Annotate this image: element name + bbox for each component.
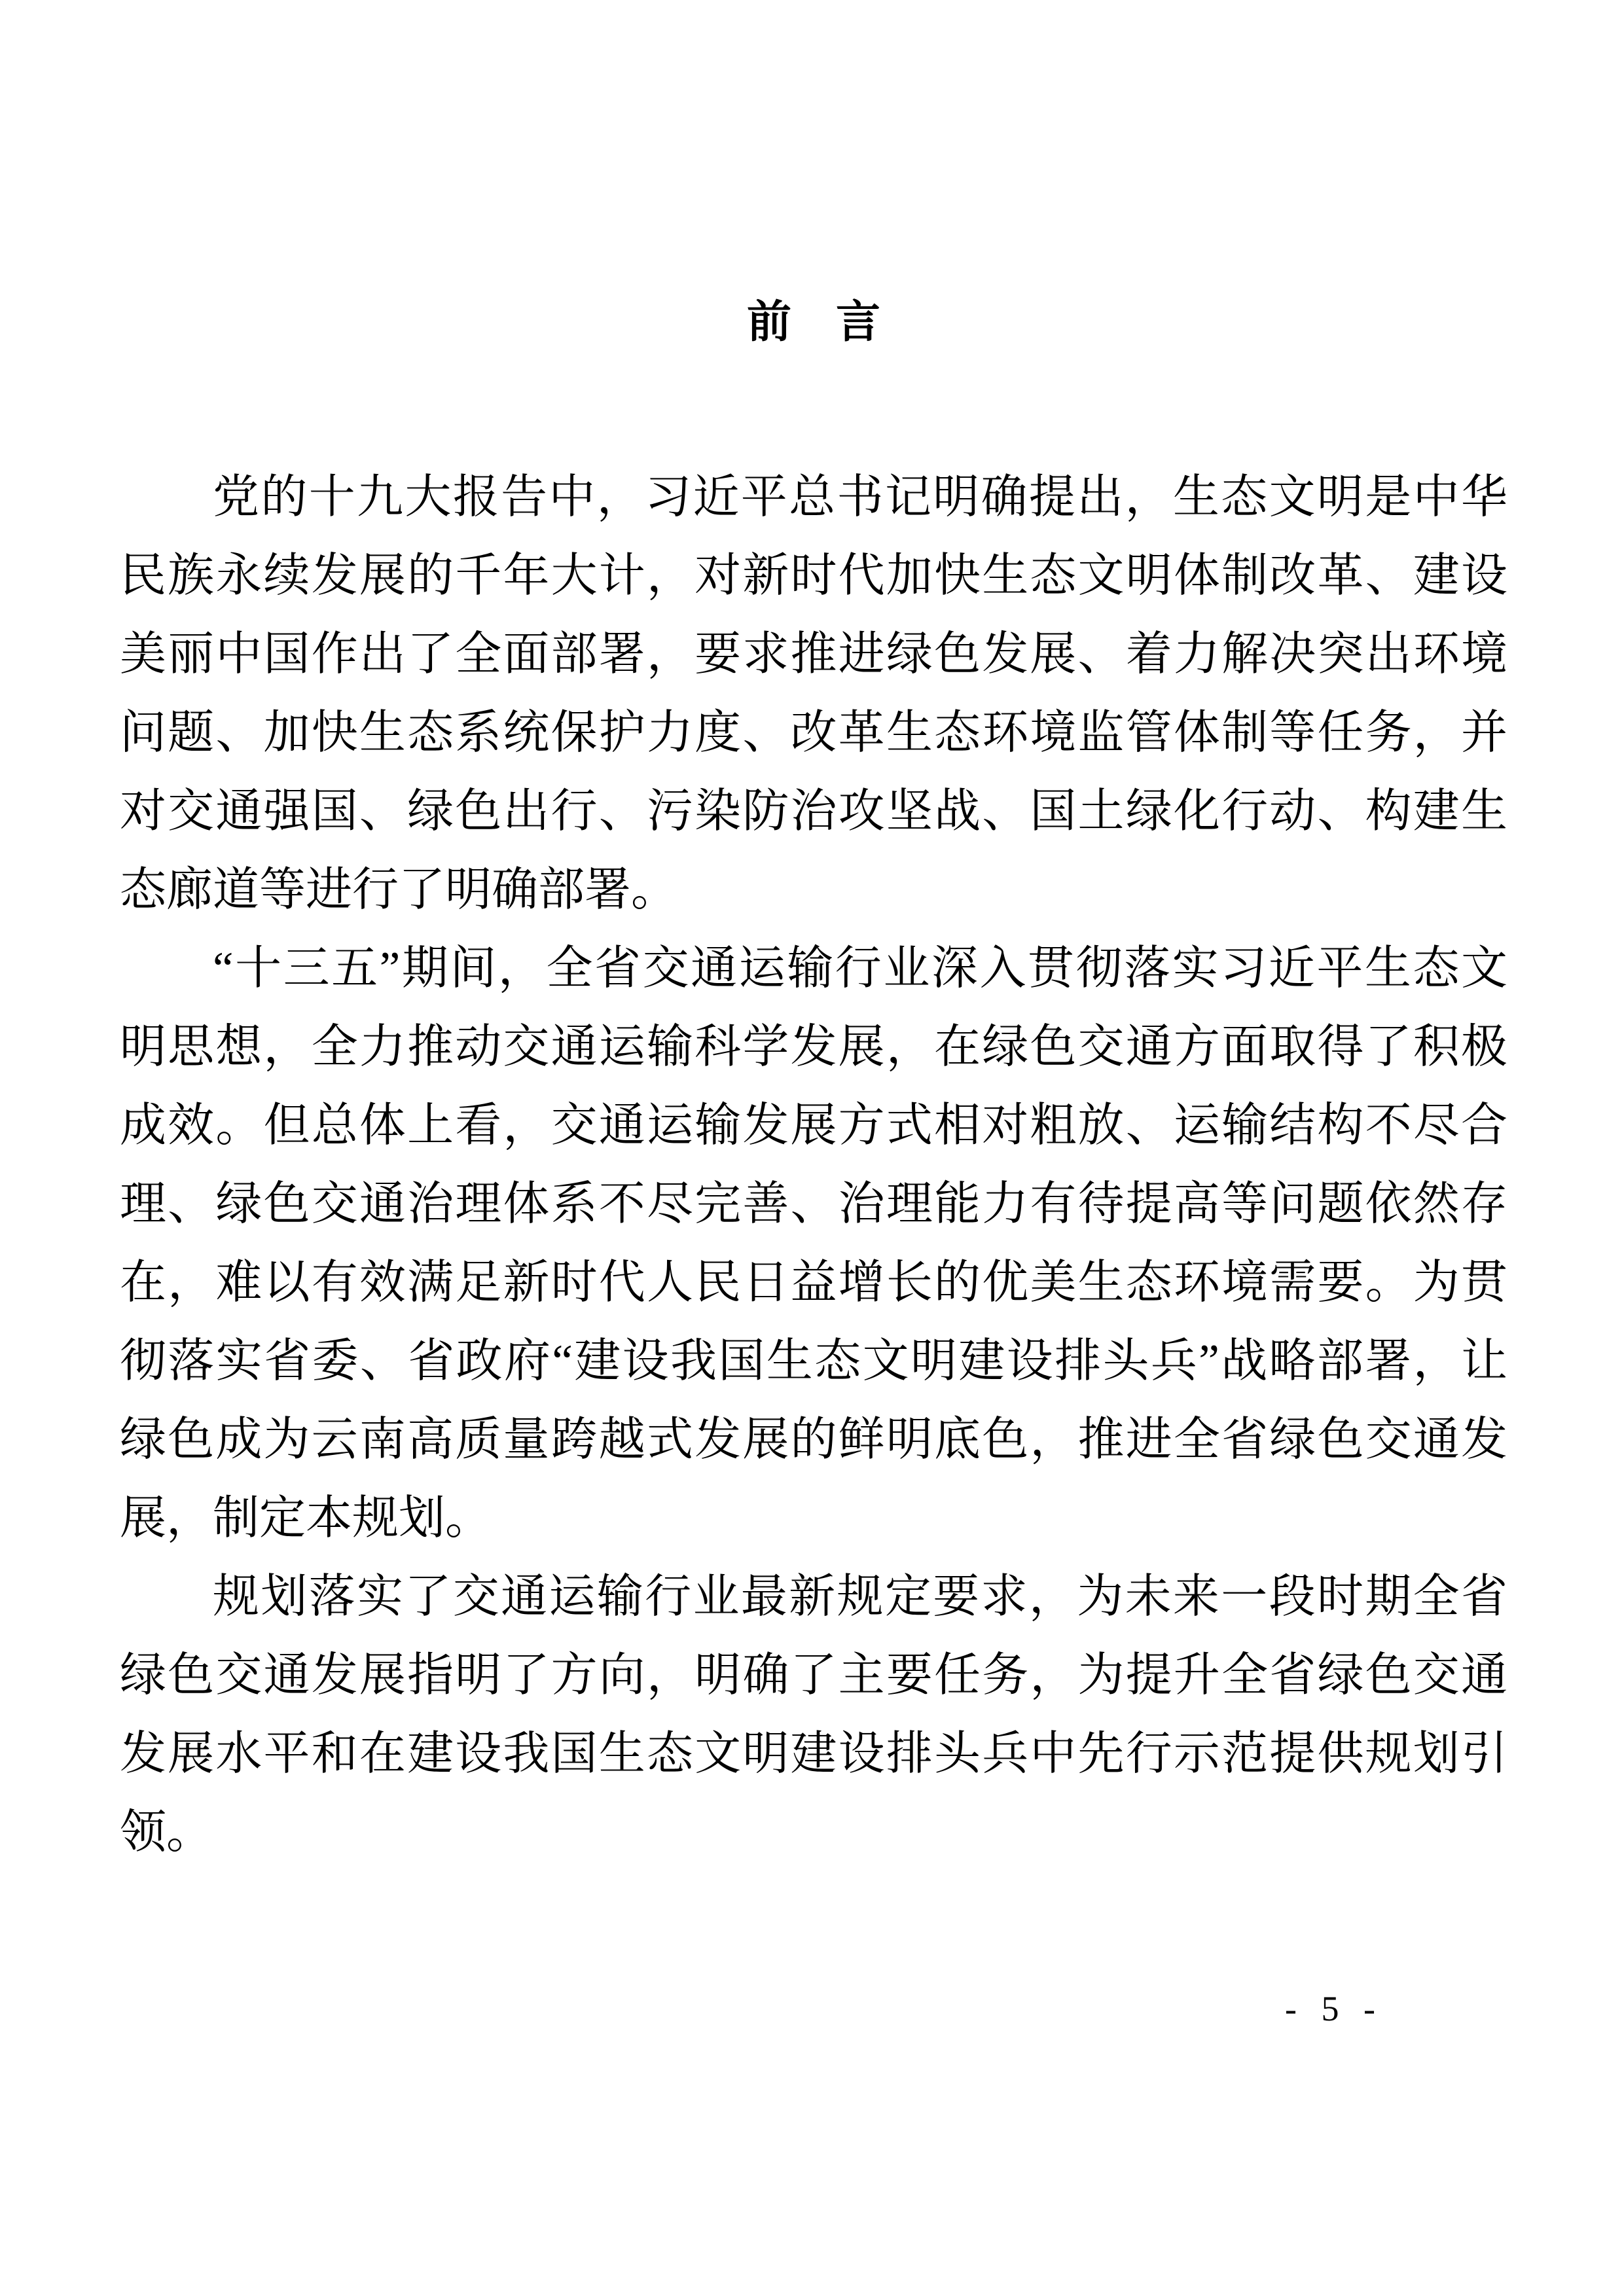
paragraph: “十三五”期间，全省交通运输行业深入贯彻落实习近平生态文明思想，全力推动交通运输… [120, 929, 1507, 1558]
page-title: 前 言 [120, 291, 1507, 353]
document-content: 前 言 党的十九大报告中，习近平总书记明确提出，生态文明是中华民族永续发展的千年… [120, 291, 1507, 1872]
page-number: - 5 - [1285, 1988, 1383, 2029]
document-page: 前 言 党的十九大报告中，习近平总书记明确提出，生态文明是中华民族永续发展的千年… [0, 0, 1624, 2296]
paragraph: 党的十九大报告中，习近平总书记明确提出，生态文明是中华民族永续发展的千年大计，对… [120, 458, 1507, 929]
paragraph: 规划落实了交通运输行业最新规定要求，为未来一段时期全省绿色交通发展指明了方向，明… [120, 1558, 1507, 1872]
